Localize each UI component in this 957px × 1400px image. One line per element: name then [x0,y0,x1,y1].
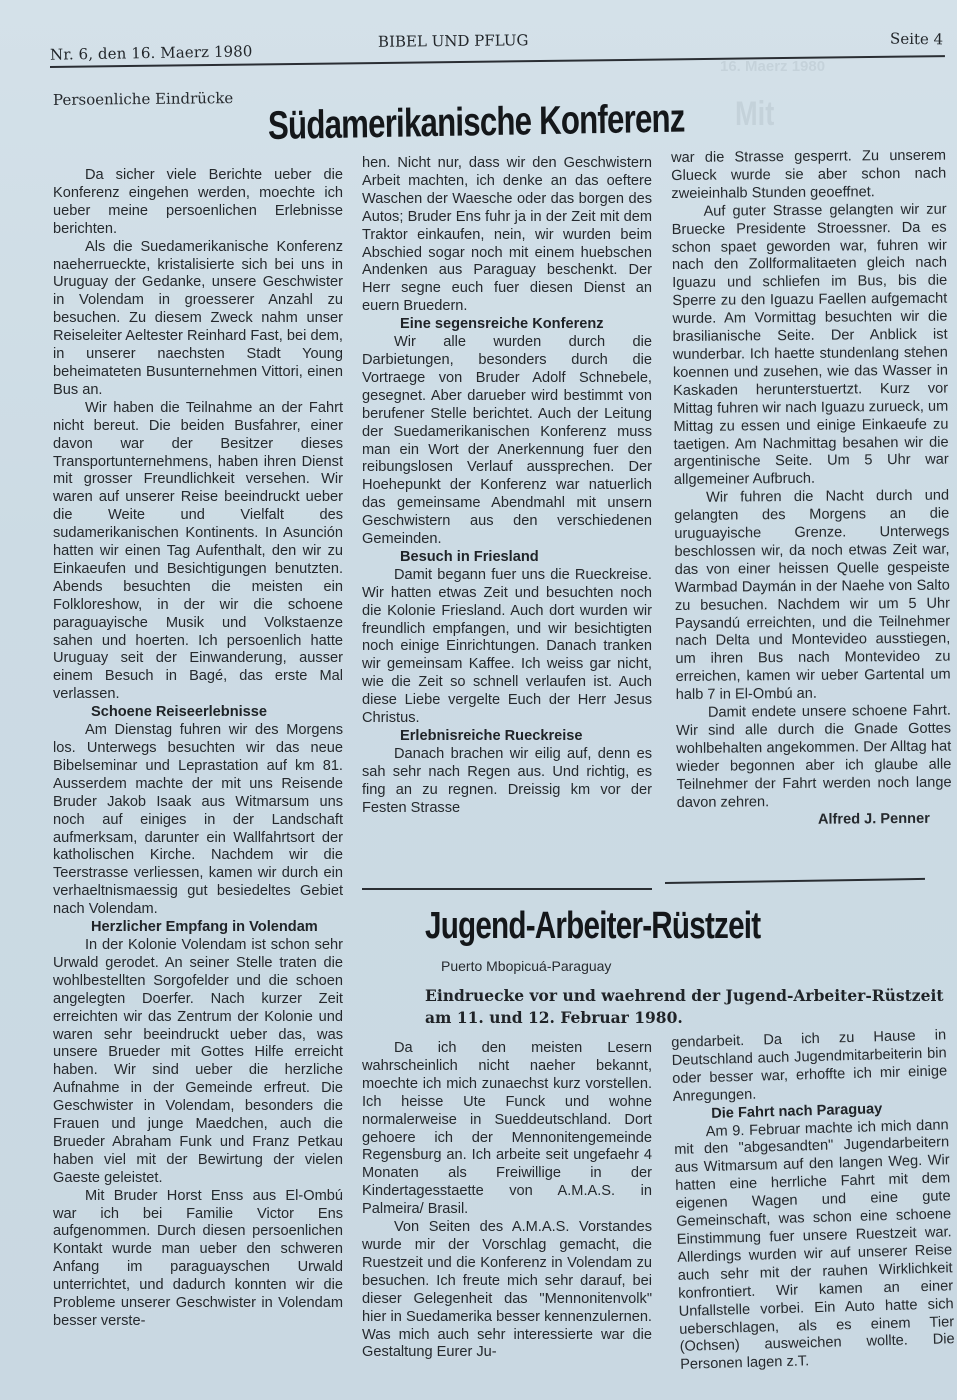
subheading: Besuch in Friesland [362,549,652,567]
paragraph: Wir fuhren die Nacht durch und gelangten… [674,488,951,705]
paragraph: Am Dienstag fuhren wir des Morgens los. … [53,722,343,919]
paragraph: Am 9. Februar machte ich mich dann mit d… [673,1117,955,1375]
paragraph: Auf guter Strasse gelangten wir zur Brue… [671,201,948,490]
paragraph: gendarbeit. Da ich zu Hause in Deutschla… [671,1027,948,1106]
paragraph: Von Seiten des A.M.A.S. Vorstandes wurde… [362,1219,652,1362]
subheading: Erlebnisreiche Rueckreise [362,728,652,746]
subheading: Eine segensreiche Konferenz [362,316,652,334]
paragraph: Als die Suedamerikanische Konferenz naeh… [53,239,343,400]
section-divider [665,878,925,884]
issue-date: Nr. 6, den 16. Maerz 1980 [50,42,253,64]
section-divider [362,888,652,890]
bleed-through-headline: Mit [735,95,774,134]
paragraph: Damit begann fuer uns die Rueckreise. Wi… [362,567,652,728]
article-headline: Südamerikanische Konferenz [268,97,685,149]
paragraph: Danach brachen wir eilig auf, denn es sa… [362,746,652,818]
article2-headline: Jugend-Arbeiter-Rüstzeit [425,905,760,948]
article2-column-1: Da ich den meisten Lesern wahrscheinlich… [362,1040,652,1362]
publication-title: BIBEL UND PFLUG [378,31,529,51]
running-header: Nr. 6, den 16. Maerz 1980 BIBEL UND PFLU… [50,30,945,66]
article1-column-3: war die Strasse gesperrt. Zu unserem Glu… [671,148,952,831]
paragraph: war die Strasse gesperrt. Zu unserem Glu… [671,148,946,204]
paragraph: Da ich den meisten Lesern wahrscheinlich… [362,1040,652,1219]
author-signature: Alfred J. Penner [677,810,952,830]
article-kicker: Persoenliche Eindrücke [53,89,233,109]
article1-column-2: hen. Nicht nur, dass wir den Geschwister… [362,155,652,818]
article1-column-1: Da sicher viele Berichte ueber die Konfe… [53,167,343,1331]
paragraph: Damit endete unsere schoene Fahrt. Wir s… [676,703,952,813]
newspaper-page: 16. Maerz 1980 Mit Nr. 6, den 16. Maerz … [0,0,957,1400]
paragraph: Wir alle wurden durch die Darbietungen, … [362,334,652,549]
paragraph: Wir haben die Teilnahme an der Fahrt nic… [53,400,343,704]
subheading: Schoene Reiseerlebnisse [53,704,343,722]
article2-column-2: gendarbeit. Da ich zu Hause in Deutschla… [671,1027,955,1375]
paragraph: hen. Nicht nur, dass wir den Geschwister… [362,155,652,316]
article2-deck: Eindruecke vor und waehrend der Jugend-A… [425,985,945,1029]
paragraph: In der Kolonie Volendam ist schon sehr U… [53,937,343,1188]
paragraph: Da sicher viele Berichte ueber die Konfe… [53,167,343,239]
paragraph: Mit Bruder Horst Enss aus El-Ombú war ic… [53,1188,343,1331]
subheading: Herzlicher Empfang in Volendam [53,919,343,937]
article2-dateline: Puerto Mbopicuá-Paraguay [441,958,611,974]
page-number: Seite 4 [890,30,943,49]
